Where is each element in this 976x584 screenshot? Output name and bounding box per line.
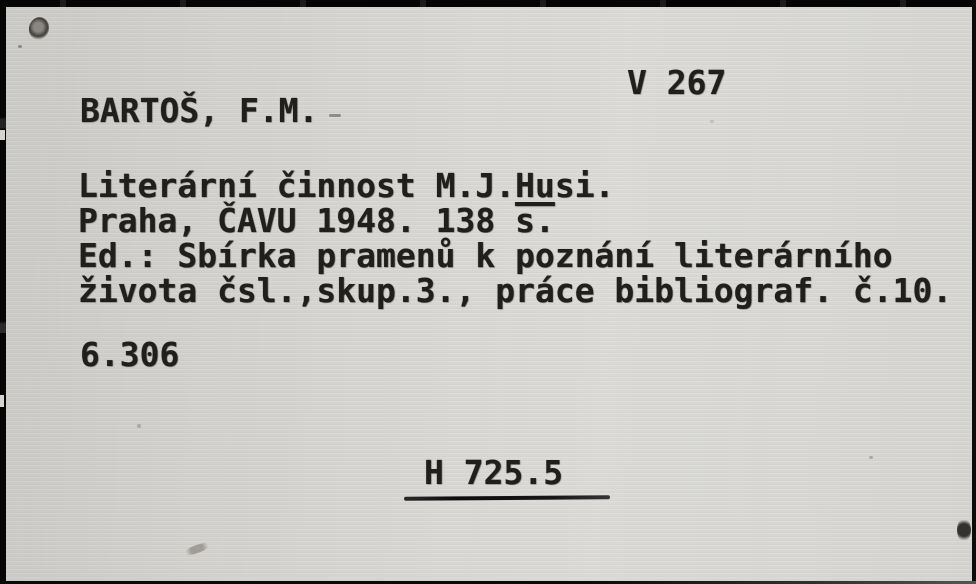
accession-number: 6.306 [80,337,179,372]
paper-speck [137,424,141,428]
scan-edge-right [972,0,976,584]
title-text-before: Literární činnost M.J. [78,166,515,205]
scan-edge-notch [0,395,4,407]
faint-pencil-dash [329,114,341,117]
scan-edge-notch [0,130,5,140]
shelf-mark-underline [404,495,610,500]
scan-edge-top [0,0,976,7]
imprint-line: Praha, ČAVU 1948. 138 s. [78,203,555,238]
title-line: Literární činnost M.J.Husi. [78,168,614,203]
series-note-line-1: Ed.: Sbírka pramenů k poznání literárníh… [78,238,893,273]
paper-speck [710,120,714,123]
title-text-underlined: Hu [515,166,555,205]
catalog-card-scan: V 267 BARTOŠ, F.M. Literární činnost M.J… [0,0,976,584]
shelf-mark: H 725.5 [424,455,563,490]
ink-smudge [26,15,51,42]
paper-speck [869,456,873,459]
scan-blob [957,518,971,542]
scan-edge-left [0,0,6,584]
paper-speck [18,45,22,48]
series-note-line-2: života čsl.,skup.3., práce bibliograf. č… [78,273,952,308]
call-number-top-right: V 267 [627,65,726,100]
title-text-after: si. [555,166,615,205]
author-heading: BARTOŠ, F.M. [80,93,318,128]
paper-streak [182,540,213,558]
